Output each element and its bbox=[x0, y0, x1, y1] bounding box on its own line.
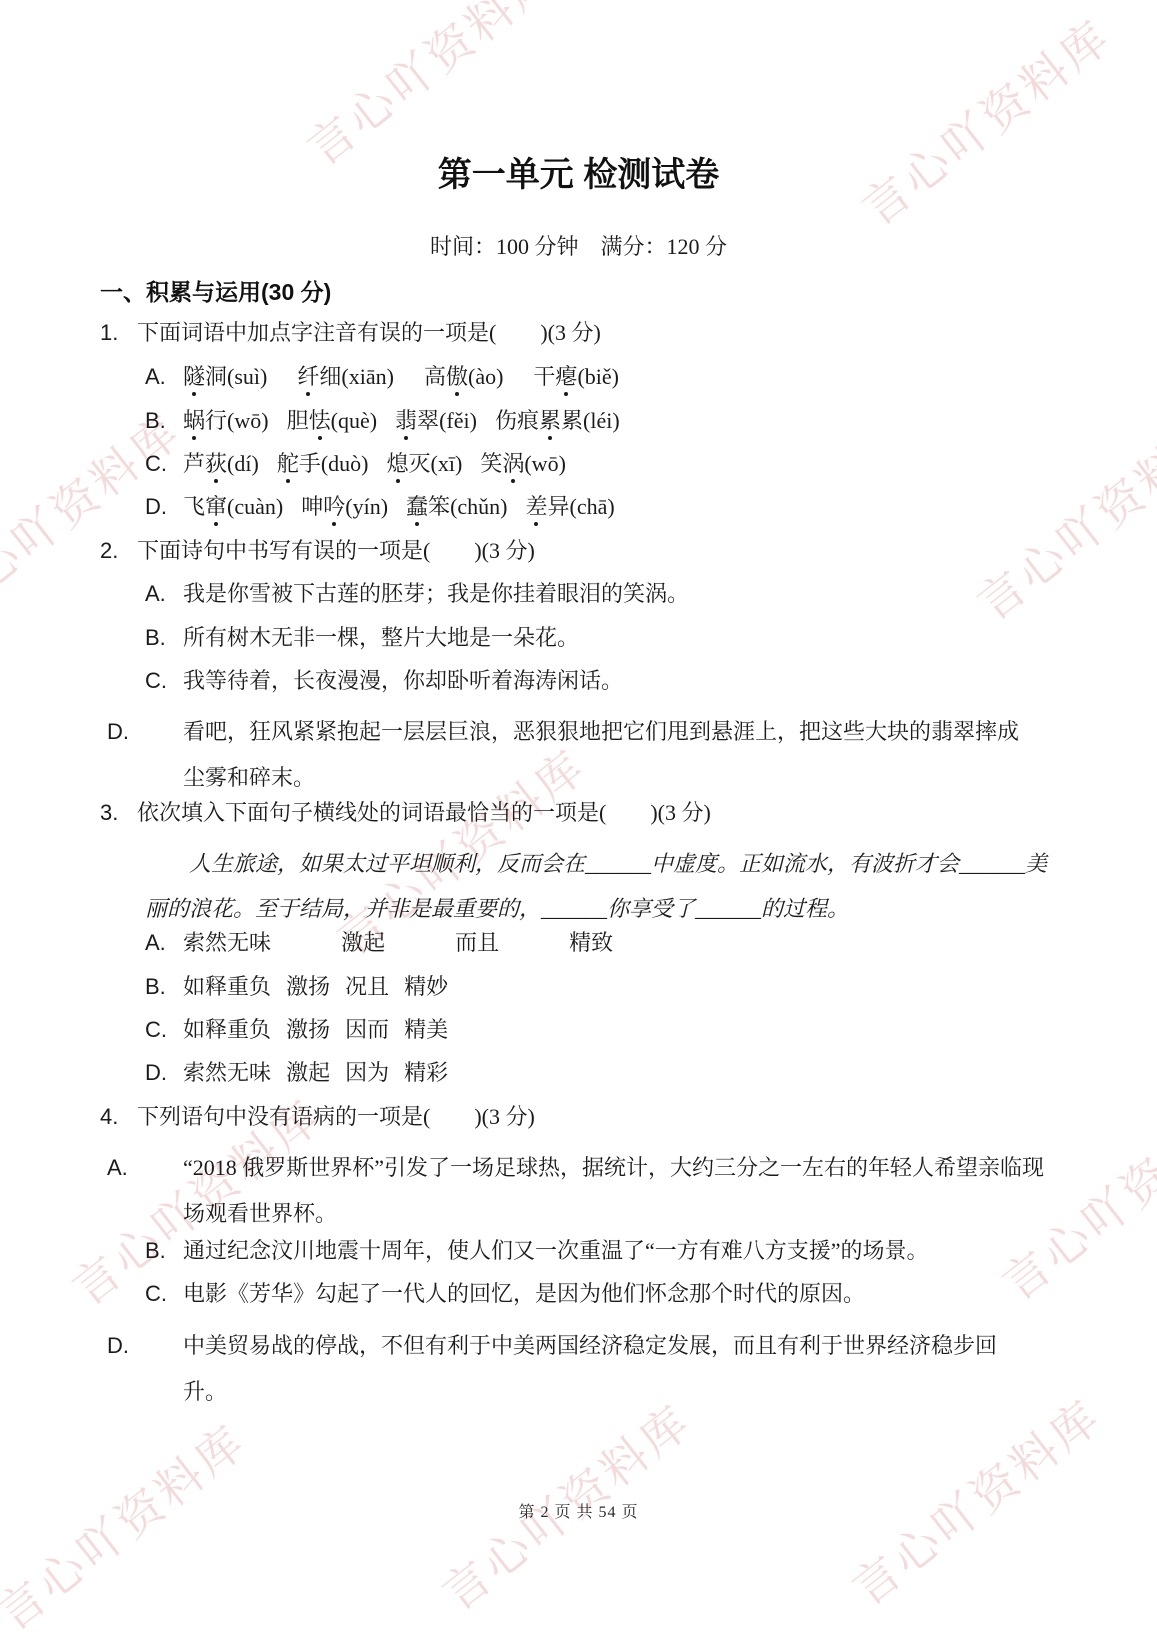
option-label: B. bbox=[145, 406, 183, 436]
option-text: “2018 俄罗斯世界杯”引发了一场足球热，据统计，大约三分之一左右的年轻人希望… bbox=[183, 1155, 1044, 1226]
question-1-option-c: C.芦荻(dí)舵手(duò)熄灭(xī)笑涡(wō) bbox=[145, 449, 584, 479]
option-text: 所有树木无非一棵，整片大地是一朵花。 bbox=[183, 625, 579, 650]
option-term: 笑涡(wō) bbox=[480, 451, 566, 476]
option-term: 因而 bbox=[345, 1017, 389, 1042]
option-terms: 如释重负激扬况且精妙 bbox=[183, 974, 463, 999]
option-term: 索然无味 bbox=[183, 1060, 271, 1085]
question-1-option-d: D.飞窜(cuàn)呻吟(yín)蠢笨(chǔn)差异(chā) bbox=[145, 492, 633, 522]
emphasized-char: 瘪 bbox=[555, 364, 577, 389]
page-footer: 第 2 页 共 54 页 bbox=[0, 1502, 1157, 1524]
passage-text: 人生旅途，如果太过平坦顺利，反而会在______中虚度。正如流水，有波折才会__… bbox=[145, 851, 1047, 921]
option-label: D. bbox=[145, 1323, 183, 1369]
emphasized-char: 纤 bbox=[297, 364, 319, 389]
option-text: 中美贸易战的停战，不但有利于中美两国经济稳定发展，而且有利于世界经济稳步回升。 bbox=[183, 1333, 997, 1404]
question-1-option-a: A.隧洞(suì)纤细(xiān)高傲(ào)干瘪(biě) bbox=[145, 362, 649, 392]
exam-time-score-info: 时间：100 分钟 满分：120 分 bbox=[0, 232, 1157, 262]
question-2-option-a: A.我是你雪被下古莲的胚芽；我是你挂着眼泪的笑涡。 bbox=[145, 579, 689, 609]
emphasized-char: 隧 bbox=[183, 364, 205, 389]
option-term: 索然无味 bbox=[183, 930, 271, 955]
option-term: 精彩 bbox=[404, 1060, 448, 1085]
question-1-option-b: B.蜗行(wō)胆怯(què)翡翠(fěi)伤痕累累(léi) bbox=[145, 406, 638, 436]
option-term: 况且 bbox=[345, 974, 389, 999]
option-term: 纤细(xiān) bbox=[297, 364, 394, 389]
question-1-stem-text: 下面词语中加点字注音有误的一项是( )(3 分) bbox=[137, 320, 601, 345]
emphasized-char: 窜 bbox=[205, 494, 227, 519]
option-term: 因为 bbox=[345, 1060, 389, 1085]
question-3-stem: 3.依次填入下面句子横线处的词语最恰当的一项是( )(3 分) bbox=[100, 798, 711, 828]
emphasized-char: 傲 bbox=[446, 364, 468, 389]
option-term: 精致 bbox=[569, 930, 613, 955]
section-heading: 一、积累与运用(30 分) bbox=[100, 276, 331, 308]
option-label: D. bbox=[145, 1058, 183, 1088]
option-term: 如释重负 bbox=[183, 974, 271, 999]
question-4-option-c: C.电影《芳华》勾起了一代人的回忆，是因为他们怀念那个时代的原因。 bbox=[145, 1279, 865, 1309]
question-3-option-a: A.索然无味激起而且精致 bbox=[145, 928, 683, 958]
emphasized-char: 翡 bbox=[395, 408, 417, 433]
question-1-number: 1. bbox=[100, 318, 137, 348]
option-label: C. bbox=[145, 666, 183, 696]
option-term: 飞窜(cuàn) bbox=[183, 494, 283, 519]
option-text: 电影《芳华》勾起了一代人的回忆，是因为他们怀念那个时代的原因。 bbox=[183, 1281, 865, 1306]
option-terms: 隧洞(suì)纤细(xiān)高傲(ào)干瘪(biě) bbox=[183, 364, 649, 389]
option-label: B. bbox=[145, 972, 183, 1002]
page-title: 第一单元 检测试卷 bbox=[0, 153, 1157, 197]
option-label: C. bbox=[145, 1279, 183, 1309]
question-3-passage: 人生旅途，如果太过平坦顺利，反而会在______中虚度。正如流水，有波折才会__… bbox=[145, 841, 1057, 931]
option-label: A. bbox=[145, 362, 183, 392]
watermark-text: 言心吖资料库 bbox=[836, 1382, 1113, 1619]
question-3-option-b: B.如释重负激扬况且精妙 bbox=[145, 972, 463, 1002]
option-label: A. bbox=[145, 579, 183, 609]
question-2-number: 2. bbox=[100, 536, 137, 566]
option-term: 而且 bbox=[455, 930, 499, 955]
option-text: 通过纪念汶川地震十周年，使人们又一次重温了“一方有难八方支援”的场景。 bbox=[183, 1238, 929, 1263]
question-2-option-c: C.我等待着，长夜漫漫，你却卧听着海涛闲话。 bbox=[145, 666, 623, 696]
option-term: 呻吟(yín) bbox=[301, 494, 388, 519]
option-terms: 索然无味激起因为精彩 bbox=[183, 1060, 463, 1085]
option-term: 伤痕累累(léi) bbox=[495, 408, 620, 433]
question-4-stem-text: 下列语句中没有语病的一项是( )(3 分) bbox=[137, 1104, 535, 1129]
option-label: D. bbox=[145, 709, 183, 755]
option-label: A. bbox=[145, 1145, 183, 1191]
option-terms: 如释重负激扬因而精美 bbox=[183, 1017, 463, 1042]
option-term: 精美 bbox=[404, 1017, 448, 1042]
option-label: D. bbox=[145, 492, 183, 522]
option-term: 激扬 bbox=[286, 1017, 330, 1042]
option-terms: 飞窜(cuàn)呻吟(yín)蠢笨(chǔn)差异(chā) bbox=[183, 494, 633, 519]
question-3-stem-text: 依次填入下面句子横线处的词语最恰当的一项是( )(3 分) bbox=[137, 800, 711, 825]
option-term: 激扬 bbox=[286, 974, 330, 999]
question-4-stem: 4.下列语句中没有语病的一项是( )(3 分) bbox=[100, 1102, 535, 1132]
emphasized-char: 舵 bbox=[277, 451, 299, 476]
option-term: 隧洞(suì) bbox=[183, 364, 267, 389]
emphasized-char: 荻 bbox=[205, 451, 227, 476]
option-term: 干瘪(biě) bbox=[533, 364, 619, 389]
option-label: B. bbox=[145, 623, 183, 653]
question-1-stem: 1.下面词语中加点字注音有误的一项是( )(3 分) bbox=[100, 318, 601, 348]
question-3-option-d: D.索然无味激起因为精彩 bbox=[145, 1058, 463, 1088]
option-label: B. bbox=[145, 1236, 183, 1266]
question-4-option-d: D.中美贸易战的停战，不但有利于中美两国经济稳定发展，而且有利于世界经济稳步回升… bbox=[145, 1323, 1038, 1415]
option-label: C. bbox=[145, 449, 183, 479]
option-term: 芦荻(dí) bbox=[183, 451, 259, 476]
option-text: 我是你雪被下古莲的胚芽；我是你挂着眼泪的笑涡。 bbox=[183, 581, 689, 606]
option-label: C. bbox=[145, 1015, 183, 1045]
option-terms: 索然无味激起而且精致 bbox=[183, 930, 683, 955]
option-text: 我等待着，长夜漫漫，你却卧听着海涛闲话。 bbox=[183, 668, 623, 693]
question-3-option-c: C.如释重负激扬因而精美 bbox=[145, 1015, 463, 1045]
option-term: 胆怯(què) bbox=[287, 408, 377, 433]
option-term: 激起 bbox=[286, 1060, 330, 1085]
emphasized-char: 蠢 bbox=[406, 494, 428, 519]
test-paper-page: 言心吖资料库言心吖资料库言心吖资料库言心吖资料库言心吖资料库言心吖资料库言心吖资… bbox=[0, 0, 1157, 1636]
option-term: 如释重负 bbox=[183, 1017, 271, 1042]
watermark-text: 言心吖资料库 bbox=[291, 0, 568, 178]
option-term: 精妙 bbox=[404, 974, 448, 999]
watermark-text: 言心吖资料库 bbox=[961, 397, 1157, 634]
question-4-number: 4. bbox=[100, 1102, 137, 1132]
question-4-option-a: A.“2018 俄罗斯世界杯”引发了一场足球热，据统计，大约三分之一左右的年轻人… bbox=[145, 1145, 1053, 1237]
option-terms: 芦荻(dí)舵手(duò)熄灭(xī)笑涡(wō) bbox=[183, 451, 584, 476]
watermark-text: 言心吖资料库 bbox=[846, 2, 1123, 239]
option-term: 蜗行(wō) bbox=[183, 408, 269, 433]
question-2-stem-text: 下面诗句中书写有误的一项是( )(3 分) bbox=[137, 538, 535, 563]
emphasized-char: 蜗 bbox=[183, 408, 205, 433]
option-term: 高傲(ào) bbox=[424, 364, 503, 389]
question-3-number: 3. bbox=[100, 798, 137, 828]
option-label: A. bbox=[145, 928, 183, 958]
option-term: 激起 bbox=[341, 930, 385, 955]
emphasized-char: 涡 bbox=[502, 451, 524, 476]
question-4-option-b: B.通过纪念汶川地震十周年，使人们又一次重温了“一方有难八方支援”的场景。 bbox=[145, 1236, 929, 1266]
emphasized-char: 吟 bbox=[323, 494, 345, 519]
emphasized-char: 熄 bbox=[387, 451, 409, 476]
question-2-option-d: D.看吧，狂风紧紧抱起一层层巨浪，恶狠狠地把它们甩到悬涯上，把这些大块的翡翠摔成… bbox=[145, 709, 1038, 801]
emphasized-char: 怯 bbox=[309, 408, 331, 433]
question-2-stem: 2.下面诗句中书写有误的一项是( )(3 分) bbox=[100, 536, 535, 566]
option-term: 熄灭(xī) bbox=[387, 451, 463, 476]
option-term: 差异(chā) bbox=[525, 494, 614, 519]
option-term: 蠢笨(chǔn) bbox=[406, 494, 507, 519]
emphasized-char: 差 bbox=[525, 494, 547, 519]
emphasized-char: 累 bbox=[539, 408, 561, 433]
option-terms: 蜗行(wō)胆怯(què)翡翠(fěi)伤痕累累(léi) bbox=[183, 408, 638, 433]
option-term: 翡翠(fěi) bbox=[395, 408, 477, 433]
option-term: 舵手(duò) bbox=[277, 451, 369, 476]
question-2-option-b: B.所有树木无非一棵，整片大地是一朵花。 bbox=[145, 623, 579, 653]
option-text: 看吧，狂风紧紧抱起一层层巨浪，恶狠狠地把它们甩到悬涯上，把这些大块的翡翠摔成尘雾… bbox=[183, 719, 1019, 790]
